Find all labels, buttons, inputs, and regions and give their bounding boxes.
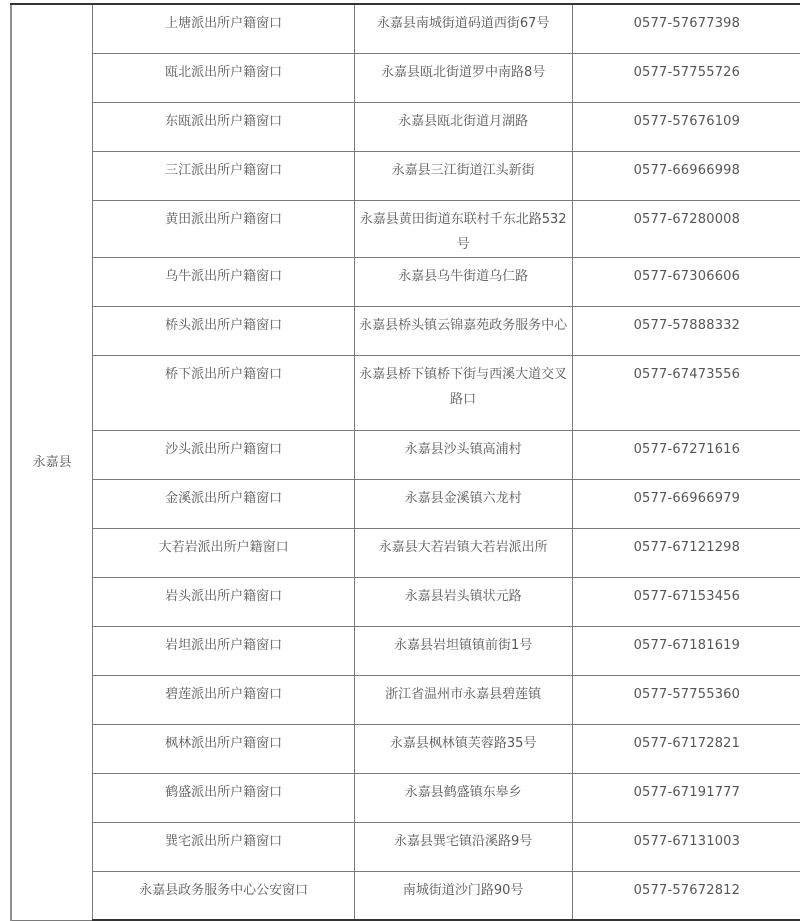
address-cell: 永嘉县瓯北街道罗中南路8号 <box>354 53 572 102</box>
address-cell: 永嘉县黄田街道东联村千东北路532号 <box>354 200 572 257</box>
address-cell: 永嘉县乌牛街道乌仁路 <box>354 257 572 306</box>
household-registration-table-container: 永嘉县上塘派出所户籍窗口永嘉县南城街道码道西街67号0577-57677398瓯… <box>10 3 800 921</box>
station-name-cell: 永嘉县政务服务中心公安窗口 <box>93 871 355 920</box>
phone-cell: 0577-57676109 <box>572 102 800 151</box>
address-cell: 永嘉县沙头镇高浦村 <box>354 430 572 479</box>
table-row: 东瓯派出所户籍窗口永嘉县瓯北街道月湖路0577-57676109 <box>11 102 800 151</box>
address-cell: 永嘉县大若岩镇大若岩派出所 <box>354 528 572 577</box>
phone-cell: 0577-57888332 <box>572 306 800 355</box>
phone-cell: 0577-67280008 <box>572 200 800 257</box>
station-name-cell: 瓯北派出所户籍窗口 <box>93 53 355 102</box>
table-row: 岩头派出所户籍窗口永嘉县岩头镇状元路0577-67153456 <box>11 577 800 626</box>
address-cell: 永嘉县岩头镇状元路 <box>354 577 572 626</box>
phone-cell: 0577-67181619 <box>572 626 800 675</box>
phone-cell: 0577-67271616 <box>572 430 800 479</box>
table-row: 鹤盛派出所户籍窗口永嘉县鹤盛镇东皋乡0577-67191777 <box>11 773 800 822</box>
station-name-cell: 上塘派出所户籍窗口 <box>93 4 355 53</box>
phone-cell: 0577-57677398 <box>572 4 800 53</box>
phone-cell: 0577-67131003 <box>572 822 800 871</box>
address-cell: 永嘉县桥头镇云锦嘉苑政务服务中心 <box>354 306 572 355</box>
household-registration-table: 永嘉县上塘派出所户籍窗口永嘉县南城街道码道西街67号0577-57677398瓯… <box>10 3 800 921</box>
address-cell: 永嘉县枫林镇芙蓉路35号 <box>354 724 572 773</box>
address-cell: 永嘉县金溪镇六龙村 <box>354 479 572 528</box>
table-row: 巽宅派出所户籍窗口永嘉县巽宅镇沿溪路9号0577-67131003 <box>11 822 800 871</box>
table-row: 三江派出所户籍窗口永嘉县三江街道江头新街0577-66966998 <box>11 151 800 200</box>
table-row: 沙头派出所户籍窗口永嘉县沙头镇高浦村0577-67271616 <box>11 430 800 479</box>
table-body: 永嘉县上塘派出所户籍窗口永嘉县南城街道码道西街67号0577-57677398瓯… <box>11 4 800 920</box>
table-row: 岩坦派出所户籍窗口永嘉县岩坦镇镇前街1号0577-67181619 <box>11 626 800 675</box>
table-row: 永嘉县政务服务中心公安窗口南城街道沙门路90号0577-57672812 <box>11 871 800 920</box>
table-row: 桥下派出所户籍窗口永嘉县桥下镇桥下街与西溪大道交叉路口0577-67473556 <box>11 355 800 430</box>
table-row: 碧莲派出所户籍窗口浙江省温州市永嘉县碧莲镇0577-57755360 <box>11 675 800 724</box>
table-row: 枫林派出所户籍窗口永嘉县枫林镇芙蓉路35号0577-67172821 <box>11 724 800 773</box>
station-name-cell: 鹤盛派出所户籍窗口 <box>93 773 355 822</box>
phone-cell: 0577-67306606 <box>572 257 800 306</box>
phone-cell: 0577-67121298 <box>572 528 800 577</box>
phone-cell: 0577-66966998 <box>572 151 800 200</box>
table-row: 大若岩派出所户籍窗口永嘉县大若岩镇大若岩派出所0577-67121298 <box>11 528 800 577</box>
station-name-cell: 沙头派出所户籍窗口 <box>93 430 355 479</box>
table-row: 黄田派出所户籍窗口永嘉县黄田街道东联村千东北路532号0577-67280008 <box>11 200 800 257</box>
station-name-cell: 三江派出所户籍窗口 <box>93 151 355 200</box>
station-name-cell: 碧莲派出所户籍窗口 <box>93 675 355 724</box>
phone-cell: 0577-57755360 <box>572 675 800 724</box>
table-row: 乌牛派出所户籍窗口永嘉县乌牛街道乌仁路0577-67306606 <box>11 257 800 306</box>
station-name-cell: 大若岩派出所户籍窗口 <box>93 528 355 577</box>
station-name-cell: 东瓯派出所户籍窗口 <box>93 102 355 151</box>
phone-cell: 0577-57672812 <box>572 871 800 920</box>
table-row: 永嘉县上塘派出所户籍窗口永嘉县南城街道码道西街67号0577-57677398 <box>11 4 800 53</box>
station-name-cell: 乌牛派出所户籍窗口 <box>93 257 355 306</box>
station-name-cell: 岩头派出所户籍窗口 <box>93 577 355 626</box>
phone-cell: 0577-67153456 <box>572 577 800 626</box>
address-cell: 南城街道沙门路90号 <box>354 871 572 920</box>
district-cell: 永嘉县 <box>11 4 93 920</box>
table-row: 瓯北派出所户籍窗口永嘉县瓯北街道罗中南路8号0577-57755726 <box>11 53 800 102</box>
address-cell: 永嘉县三江街道江头新街 <box>354 151 572 200</box>
station-name-cell: 金溪派出所户籍窗口 <box>93 479 355 528</box>
address-cell: 永嘉县岩坦镇镇前街1号 <box>354 626 572 675</box>
address-cell: 永嘉县瓯北街道月湖路 <box>354 102 572 151</box>
table-row: 金溪派出所户籍窗口永嘉县金溪镇六龙村0577-66966979 <box>11 479 800 528</box>
address-cell: 永嘉县巽宅镇沿溪路9号 <box>354 822 572 871</box>
station-name-cell: 巽宅派出所户籍窗口 <box>93 822 355 871</box>
station-name-cell: 黄田派出所户籍窗口 <box>93 200 355 257</box>
address-cell: 永嘉县南城街道码道西街67号 <box>354 4 572 53</box>
address-cell: 永嘉县桥下镇桥下街与西溪大道交叉路口 <box>354 355 572 430</box>
phone-cell: 0577-57755726 <box>572 53 800 102</box>
station-name-cell: 桥头派出所户籍窗口 <box>93 306 355 355</box>
phone-cell: 0577-67473556 <box>572 355 800 430</box>
address-cell: 永嘉县鹤盛镇东皋乡 <box>354 773 572 822</box>
phone-cell: 0577-66966979 <box>572 479 800 528</box>
station-name-cell: 桥下派出所户籍窗口 <box>93 355 355 430</box>
station-name-cell: 枫林派出所户籍窗口 <box>93 724 355 773</box>
phone-cell: 0577-67191777 <box>572 773 800 822</box>
station-name-cell: 岩坦派出所户籍窗口 <box>93 626 355 675</box>
phone-cell: 0577-67172821 <box>572 724 800 773</box>
address-cell: 浙江省温州市永嘉县碧莲镇 <box>354 675 572 724</box>
table-row: 桥头派出所户籍窗口永嘉县桥头镇云锦嘉苑政务服务中心0577-57888332 <box>11 306 800 355</box>
